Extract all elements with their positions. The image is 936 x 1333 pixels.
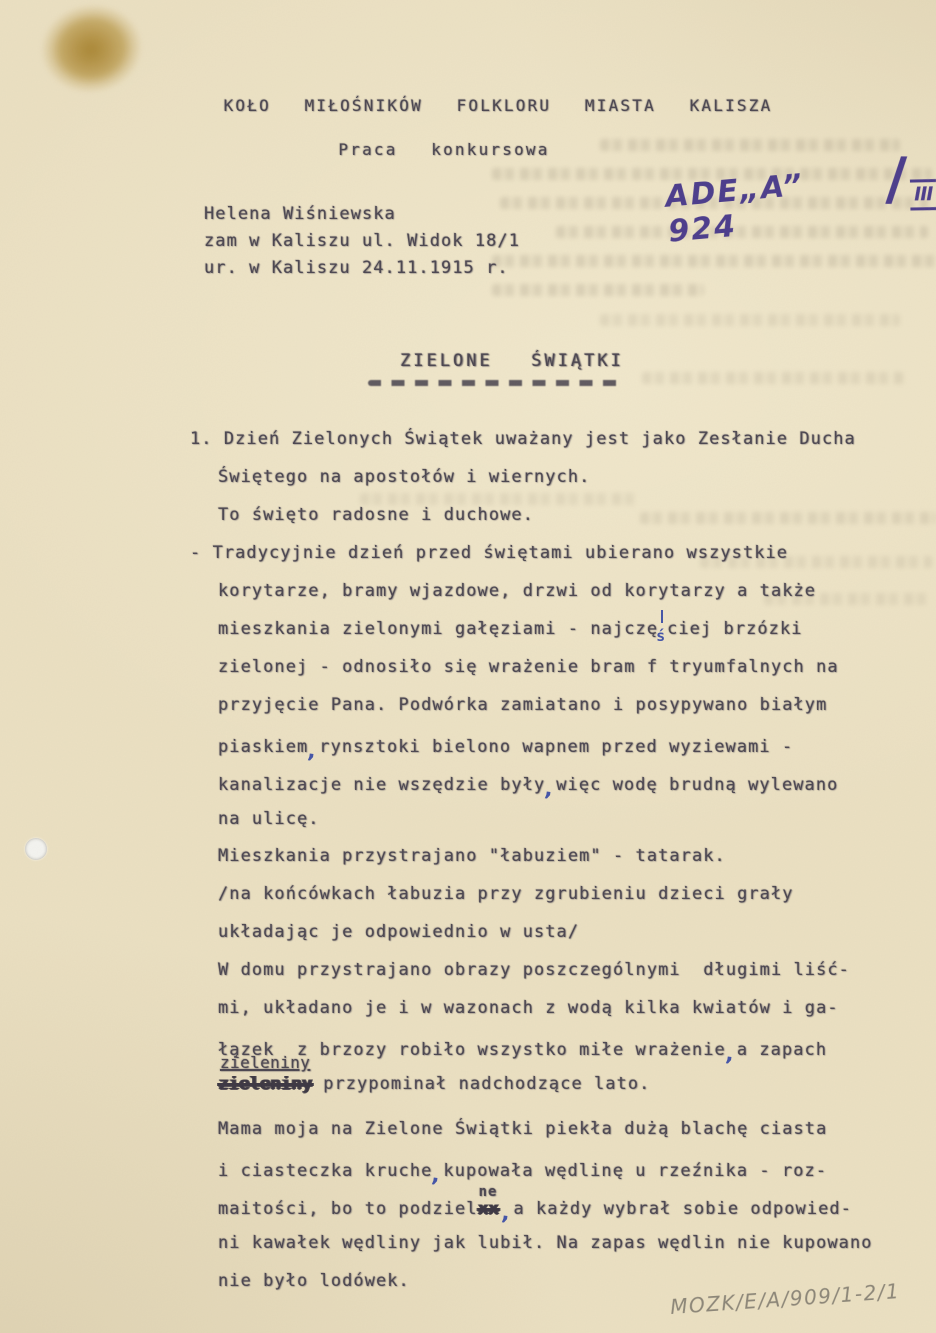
handwritten-comma: ,: [307, 738, 321, 763]
ghost-text-line: [360, 493, 640, 505]
typed-line: Mieszkania przystrajano "łabuziem" - tat…: [218, 846, 726, 866]
typed-line: mi, układano je i w wazonach z wodą kilk…: [218, 998, 839, 1018]
scanned-typescript-page: KOŁO MIŁOŚNIKÓW FOLKLORU MIASTA KALISZA …: [0, 0, 936, 1333]
overtyped-correction: zieleninyzieleniny: [218, 1074, 312, 1094]
typed-line: przyjęcie Pana. Podwórka zamiatano i pos…: [218, 695, 827, 715]
line-text: a każdy wybrał sobie odpowied-: [513, 1199, 852, 1219]
ghost-text-line: [640, 512, 936, 524]
document-title: ZIELONE ŚWIĄTKI: [400, 351, 624, 371]
typed-line: W domu przystrajano obrazy poszczególnym…: [218, 960, 850, 980]
line-text: kupowała wędlinę u rzeźnika - roz-: [443, 1161, 827, 1181]
struck-out-word: zieleniny: [218, 1074, 312, 1094]
line-text: ciej brzózki: [667, 619, 802, 639]
author-birthdate: ur. w Kaliszu 24.11.1915 r.: [204, 258, 509, 278]
line-text: maitości, bo to podziel: [218, 1199, 478, 1219]
pencil-catalog-code: MOZK/E/A/909/1-2/1: [669, 1279, 901, 1319]
typed-line: To święto radosne i duchowe.: [218, 505, 534, 525]
paper-stain-core: [55, 18, 125, 84]
line-text: kanalizacje nie wszędzie były: [218, 775, 545, 795]
typed-line: zielonej - odnosiło się wrażenie bram f …: [218, 657, 839, 677]
overtyped-correction: nexx: [478, 1199, 499, 1219]
ghost-text-line: [600, 139, 900, 151]
work-subtitle: Praca konkursowa: [338, 140, 549, 159]
line-text: więc wodę brudną wylewano: [556, 775, 838, 795]
typed-line-with-comma: i ciasteczka kruche,kupowała wędlinę u r…: [218, 1157, 827, 1181]
ghost-text-line: [600, 314, 900, 326]
typed-line-with-comma: kanalizacje nie wszędzie były,więc wodę …: [218, 771, 838, 795]
correction-letters: ne: [479, 1184, 498, 1200]
line-text: a zapach: [737, 1040, 827, 1060]
typed-line-with-overtype: zieleninyzieleniny przypominał nadchodzą…: [218, 1074, 650, 1094]
typed-line-with-overtype: maitości, bo to podzielnexx,a każdy wybr…: [218, 1195, 852, 1219]
handwritten-comma: ,: [501, 1200, 515, 1225]
ghost-text-line: [492, 255, 936, 267]
line-text: piaskiem: [218, 737, 308, 757]
typed-line: nie było lodówek.: [218, 1271, 410, 1291]
typed-line-with-insertion: mieszkania zielonymi gałęziami - najczęś…: [218, 619, 803, 639]
line-text: mieszkania zielonymi gałęziami - najczę: [218, 619, 658, 639]
insertion-caret-mark: [661, 610, 663, 623]
typed-line: Mama moja na Zielone Świątki piekła dużą…: [218, 1119, 827, 1139]
typed-line-with-comma: piaskiem,rynsztoki bielono wapnem przed …: [218, 733, 793, 757]
handwritten-comma: ,: [431, 1162, 445, 1187]
correction-word: zieleniny: [220, 1053, 310, 1072]
typed-line: korytarze, bramy wjazdowe, drzwi od kory…: [218, 581, 816, 601]
line-text: przypominał nadchodzące lato.: [312, 1074, 651, 1094]
ghost-text-line: [642, 372, 904, 384]
handwritten-comma: ,: [544, 776, 558, 801]
struck-out-letters: xx: [478, 1199, 499, 1219]
typed-line: - Tradycyjnie dzień przed świętami ubier…: [190, 543, 788, 563]
title-underline-dashes: [368, 380, 621, 386]
typed-line: ni kawałek wędliny jak lubił. Na zapas w…: [218, 1233, 873, 1253]
organization-header: KOŁO MIŁOŚNIKÓW FOLKLORU MIASTA KALISZA: [224, 96, 773, 115]
typed-line: Świętego na apostołów i wiernych.: [218, 467, 590, 487]
typed-line: /na końcówkach łabuzia przy zgrubieniu d…: [218, 884, 794, 904]
line-text: rynsztoki bielono wapnem przed wyziewami…: [319, 737, 793, 757]
line-text: i ciasteczka kruche: [218, 1161, 432, 1181]
ghost-text-line: [492, 284, 704, 296]
archive-marker-slash: /: [885, 149, 907, 207]
typed-line: 1. Dzień Zielonych Świątek uważany jest …: [190, 429, 856, 449]
handwritten-comma: ,: [724, 1041, 738, 1066]
author-name: Helena Wiśniewska: [204, 204, 396, 224]
punch-hole: [25, 838, 47, 860]
typed-line: na ulicę.: [218, 809, 320, 829]
inserted-letter: ś: [656, 627, 666, 645]
author-address: zam w Kaliszu ul. Widok 18/1: [204, 231, 520, 251]
typed-line: układając je odpowiednio w usta/: [218, 922, 579, 942]
archive-marker-roman-numeral: III: [910, 179, 936, 210]
